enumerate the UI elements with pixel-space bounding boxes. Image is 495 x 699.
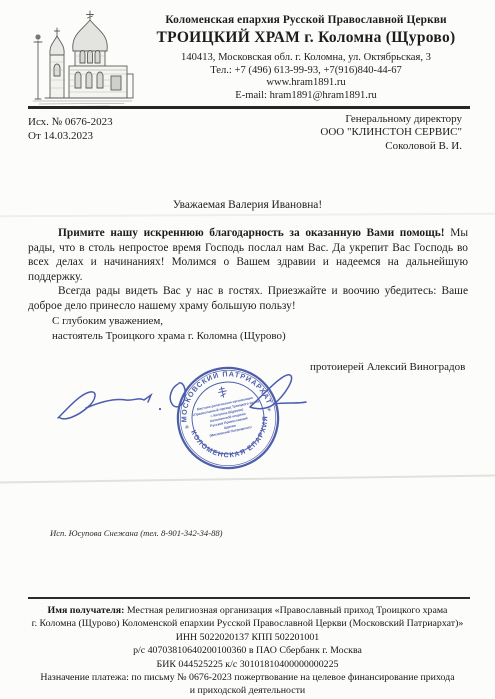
salutation: Уважаемая Валерия Ивановна! xyxy=(28,199,467,211)
body-paragraph-2: Всегда рады видеть Вас у нас в гостях. П… xyxy=(28,284,468,313)
letter-date: От 14.03.2023 xyxy=(28,129,113,143)
payment-recipient-line-2: г. Коломна (Щурово) Коломенской епархии … xyxy=(28,617,467,630)
church-engraving-icon xyxy=(29,8,136,109)
payment-recipient-rest: Местная религиозная организация «Правосл… xyxy=(124,605,447,616)
header-divider xyxy=(28,106,470,109)
payment-recipient-line-1: Имя получателя: Местная религиозная орга… xyxy=(28,604,467,617)
handwritten-signature-icon xyxy=(38,362,308,472)
payment-recipient-label: Имя получателя: xyxy=(48,605,125,616)
recipient-name: Соколовой В. И. xyxy=(320,140,462,153)
phone-line: Тел.: +7 (496) 613-99-93, +7(916)840-44-… xyxy=(140,65,472,78)
thanks-lead: Примите нашу искреннюю благодарность за … xyxy=(58,227,445,239)
payment-inn-kpp: ИНН 5022020137 КПП 502201001 xyxy=(28,631,467,644)
payment-bik-ks: БИК 044525225 к/с 30101810400000000225 xyxy=(28,658,467,671)
reference-block: Исх. № 0676-2023 От 14.03.2023 xyxy=(28,115,113,143)
address-line: 140413, Московская обл. г. Коломна, ул. … xyxy=(140,52,472,65)
executor-note: Исп. Юсупова Снежана (тел. 8-901-342-34-… xyxy=(50,528,223,538)
recipient-position: Генеральному директору xyxy=(320,113,462,126)
letterhead: Коломенская епархия Русской Православной… xyxy=(140,14,472,102)
closing-line-2: настоятель Троицкого храма г. Коломна (Щ… xyxy=(52,329,286,344)
recipient-block: Генеральному директору ООО "КЛИНСТОН СЕР… xyxy=(320,113,462,153)
email-line: E-mail: hram1891@hram1891.ru xyxy=(140,90,472,103)
payment-purpose-line-2: и приходской деятельности xyxy=(28,684,467,697)
church-title: ТРОИЦКИЙ ХРАМ г. Коломна (Щурово) xyxy=(140,29,472,47)
payment-details-block: Имя получателя: Местная религиозная орга… xyxy=(28,604,467,698)
payment-account: р/с 40703810640200100360 в ПАО Сбербанк … xyxy=(28,644,467,657)
scan-crease xyxy=(0,213,495,218)
signer-name: протоиерей Алексий Виноградов xyxy=(310,361,465,373)
footer-divider xyxy=(28,597,470,599)
payment-purpose-line-1: Назначение платежа: по письму № 0676-202… xyxy=(28,671,467,684)
scanned-letter-page: Коломенская епархия Русской Православной… xyxy=(0,0,495,699)
body-paragraph-1: Примите нашу искреннюю благодарность за … xyxy=(28,226,468,284)
scan-crease xyxy=(0,475,495,484)
closing-block: С глубоким уважением, настоятель Троицко… xyxy=(52,314,286,343)
website-line: www.hram1891.ru xyxy=(140,77,472,90)
closing-line-1: С глубоким уважением, xyxy=(52,314,286,329)
outgoing-number: Исх. № 0676-2023 xyxy=(28,115,113,129)
letter-body: Примите нашу искреннюю благодарность за … xyxy=(28,226,468,314)
recipient-company: ООО "КЛИНСТОН СЕРВИС" xyxy=(320,126,462,139)
eparchy-line: Коломенская епархия Русской Православной… xyxy=(140,14,472,26)
